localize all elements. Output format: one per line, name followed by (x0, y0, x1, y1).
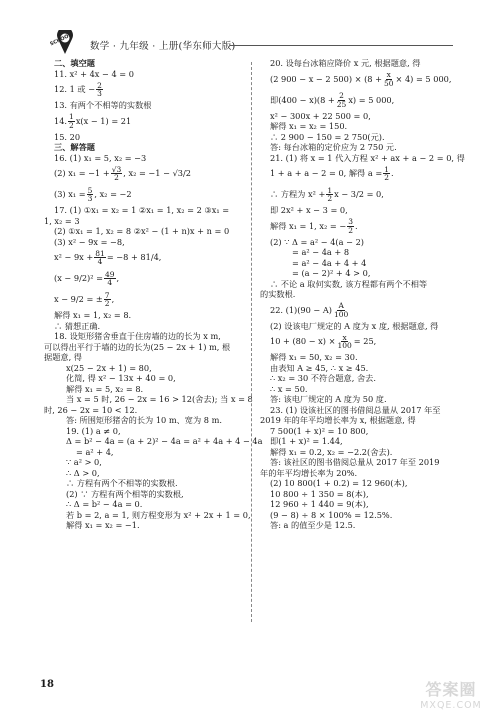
line-text-after: = 25, (354, 336, 376, 346)
line-text: ∴ x = 50. (270, 384, 308, 394)
answer-line: ∴ x = 50. (270, 384, 482, 395)
line-text: (2) x₁ = −1 + (54, 168, 110, 178)
answer-line: ∴ 2 900 − 150 = 2 750(元). (270, 132, 482, 143)
denominator: 2 (68, 122, 75, 130)
answer-line: 由表知 A ≥ 45, ∴ x ≥ 45. (270, 363, 482, 374)
line-text: 解得 x₁ = 0.2, x₂ = −2.2(舍去). (270, 447, 392, 457)
answer-line: 答: 该电厂规定的 A 度为 50 度. (270, 394, 482, 405)
line-text-after: . (391, 168, 394, 178)
line-text: 三、解答题 (54, 142, 95, 152)
fraction: 23 (96, 82, 103, 98)
line-text: 当 x = 5 时, 26 − 2x = 16 > 12(舍去); 当 x = … (66, 394, 253, 404)
answer-line: (3) x² − 9x = −8, (54, 237, 254, 248)
line-text: ∴ 方程有两个不相等的实数根. (66, 478, 178, 488)
line-text-after: x) = 5 000, (348, 95, 394, 105)
line-text: 的实数根. (260, 289, 295, 299)
line-text: (3) x₁ = (54, 189, 86, 199)
line-text: 解得 x₁ = 50, x₂ = 30. (270, 352, 358, 362)
answer-line: 化简, 得 x² − 13x + 40 = 0, (54, 373, 254, 384)
line-text-after: x − 3/2 = 0, (334, 189, 384, 199)
answer-line: 解得 x₁ = x₂ = 150. (270, 121, 482, 132)
denominator: 2 (383, 174, 390, 182)
fraction: √32 (111, 166, 123, 182)
answer-line: 12. 1 或 −23 (54, 79, 254, 100)
answer-line: 若 b = 2, a = 1, 则方程变形为 x² + 2x + 1 = 0, (54, 510, 254, 521)
line-text: = a² − 4a + 8 (292, 247, 349, 257)
answer-line: 年的年平均增长率为 20%. (260, 468, 482, 479)
line-text: = a² + 4, (76, 447, 114, 457)
answer-line: 14. 12x(x − 1) = 21 (54, 111, 254, 132)
denominator: 50 (383, 80, 395, 88)
denominator: 3 (87, 195, 94, 203)
line-text: 解得 x₁ = 5, x₂ = 8. (66, 384, 143, 394)
answer-line: (2 900 − x − 2 500) × (8 + x50 × 4) = 5 … (270, 69, 482, 90)
answer-line: 12 960 ÷ 1 440 = 9(本), (270, 499, 482, 510)
line-text-after: x(x − 1) = 21 (76, 116, 131, 126)
answer-line: (2) 10 800(1 + 0.2) = 12 960(本), (270, 478, 482, 489)
answer-line: x(25 − 2x + 1) = 80, (54, 363, 254, 374)
fraction: 32 (347, 218, 354, 234)
denominator: 4 (97, 258, 104, 266)
line-text-after: , (112, 294, 115, 304)
answer-line: 解得 x₁ = 1, x₂ = −32. (270, 216, 482, 237)
left-answer-column: 二、填空题11. x² + 4x − 4 = 012. 1 或 −2313. 有… (54, 58, 254, 531)
denominator: 4 (106, 279, 113, 287)
line-text: (3) x² − 9x = −8, (54, 237, 125, 247)
line-text: ∴ 猜想正确. (54, 321, 100, 331)
line-text: 解得 x₁ = x₂ = −1. (66, 520, 140, 530)
line-text: 22. (1)(90 − A) (270, 305, 332, 315)
right-answer-column: 20. 设每台冰箱应降价 x 元, 根据题意, 得(2 900 − x − 2 … (270, 58, 482, 531)
answer-line: 即(400 − x)(8 + 225x) = 5 000, (270, 90, 482, 111)
line-text: ∴ 不论 a 取何实数, 该方程都有两个不相等 (270, 279, 427, 289)
line-text: ∴ 方程为 x² + (270, 189, 325, 199)
section-heading: 二、填空题 (54, 58, 254, 69)
answer-line: = a² − 4a + 4 + 4 (270, 258, 482, 269)
denominator: 3 (96, 90, 103, 98)
answer-line: 的实数根. (260, 289, 482, 300)
fraction: 814 (94, 250, 106, 266)
answer-line: 即(1 + x)² = 1.44, (270, 436, 482, 447)
denominator: 100 (333, 311, 349, 319)
line-text: 1, x₂ = 3 (44, 216, 80, 226)
line-text: 20. 设每台冰箱应降价 x 元, 根据题意, 得 (270, 58, 420, 68)
answer-line: (2) ①x₁ = 1, x₂ = 8 ②x² − (1 + n)x + n =… (54, 226, 254, 237)
book-title: 数学 · 九年级 · 上册(华东师大版) (90, 38, 236, 52)
answer-line: 1 + a + a − 2 = 0, 解得 a = 12. (270, 163, 482, 184)
line-text: 解得 x₁ = x₂ = 150. (270, 121, 347, 131)
line-text: ∵ a² > 0, (66, 457, 102, 467)
denominator: 2 (347, 227, 354, 235)
line-text: (2 900 − x − 2 500) × (8 + (270, 74, 382, 84)
answer-line: (2) ∵ 方程有两个相等的实数根, (54, 489, 254, 500)
line-text: 21. (1) 将 x = 1 代入方程 x² + ax + a − 2 = 0… (270, 153, 465, 163)
answer-line: 22. (1)(90 − A)A100 (270, 300, 482, 321)
answer-line: 13. 有两个不相等的实数根 (54, 100, 254, 111)
line-text: 时, 26 − 2x = 10 < 12. (44, 405, 137, 415)
line-text-after: , x₂ = −2 (94, 189, 131, 199)
answer-line: x² − 300x + 22 500 = 0, (270, 111, 482, 122)
line-text-after: , x₂ = −1 − √3/2 (123, 168, 191, 178)
line-text: 2019 年的年平均增长率为 x, 根据题意, 得 (260, 415, 416, 425)
denominator: 100 (336, 342, 352, 350)
line-text: 7 500(1 + x)² = 10 800, (270, 426, 368, 436)
answer-line: 2019 年的年平均增长率为 x, 根据题意, 得 (260, 415, 482, 426)
page-number: 18 (40, 679, 54, 690)
line-text: 11. x² + 4x − 4 = 0 (54, 69, 134, 79)
line-text: 14. (54, 116, 67, 126)
line-text: 1 + a + a − 2 = 0, 解得 a = (270, 168, 382, 178)
line-text: (x − 9/2)² = (54, 273, 103, 283)
line-text: ∴ Δ > 0, (66, 468, 100, 478)
line-text: 化简, 得 x² − 13x + 40 = 0, (66, 373, 176, 383)
answer-line: 16. (1) x₁ = 5, x₂ = −3 (54, 153, 254, 164)
line-text: ∴ 2 900 − 150 = 2 750(元). (270, 132, 385, 142)
answer-line: 10 + (80 − x) × x100 = 25, (270, 331, 482, 352)
fraction: 72 (104, 292, 111, 308)
answer-line: ∴ 猜想正确. (54, 321, 254, 332)
line-text-after: = −8 + 81/4, (107, 252, 162, 262)
line-text: 据题意, 得 (44, 352, 82, 362)
answer-line: x² − 9x + 814 = −8 + 81/4, (54, 247, 254, 268)
line-text: x − 9/2 = ± (54, 294, 103, 304)
answer-line: 答: 每台冰箱的定价应为 2 750 元. (270, 142, 482, 153)
answer-line: 17. (1) ①x₁ = x₂ = 1 ②x₁ = 1, x₂ = 2 ③x₁… (54, 205, 254, 216)
answer-line: 解得 x₁ = x₂ = −1. (54, 520, 254, 531)
line-text: = (a − 2)² + 4 > 0, (292, 268, 370, 278)
answer-line: ∴ 方程为 x² + 12x − 3/2 = 0, (270, 184, 482, 205)
answer-line: 11. x² + 4x − 4 = 0 (54, 69, 254, 80)
line-text: 可以得出平行于墙的边的长为(25 − 2x + 1) m, 根 (44, 342, 230, 352)
line-text: = a² − 4a + 4 + 4 (292, 258, 366, 268)
answer-line: (2) ∵ Δ = a² − 4(a − 2) (270, 237, 482, 248)
answer-line: 解得 x₁ = 5, x₂ = 8. (54, 384, 254, 395)
line-text: 17. (1) ①x₁ = x₂ = 1 ②x₁ = 1, x₂ = 2 ③x₁… (54, 205, 229, 215)
answer-line: 答: 该社区的图书借阅总量从 2017 年至 2019 (270, 457, 482, 468)
line-text: (9 − 8) ÷ 8 × 100% = 12.5%. (270, 510, 392, 520)
line-text: (2) ∵ Δ = a² − 4(a − 2) (270, 237, 364, 247)
answer-line: 19. (1) a ≠ 0, (54, 426, 254, 437)
answer-line: (2) 设该电厂规定的 A 度为 x 度, 根据题意, 得 (270, 321, 482, 332)
answer-line: ∴ Δ = b² − 4a = 0. (54, 499, 254, 510)
denominator: 2 (113, 174, 120, 182)
answer-line: 可以得出平行于墙的边的长为(25 − 2x + 1) m, 根 (44, 342, 254, 353)
line-text: 即(400 − x)(8 + (270, 95, 335, 105)
answer-line: 20. 设每台冰箱应降价 x 元, 根据题意, 得 (270, 58, 482, 69)
line-text: 答: a 的值至少是 12.5. (270, 520, 355, 530)
line-text-after: . (355, 221, 358, 231)
line-text-after: × 4) = 5 000, (396, 74, 452, 84)
answer-line: 解得 x₁ = 50, x₂ = 30. (270, 352, 482, 363)
line-text: 10 800 ÷ 1 350 = 8(本), (270, 489, 369, 499)
line-text: 年的年平均增长率为 20%. (260, 468, 357, 478)
watermark-url: MXQE.COM (408, 700, 494, 712)
answer-line: = a² + 4, (54, 447, 254, 458)
line-text: 由表知 A ≥ 45, ∴ x ≥ 45. (270, 363, 368, 373)
line-text-after: , (117, 273, 120, 283)
answer-line: ∴ 方程有两个不相等的实数根. (54, 478, 254, 489)
line-text: ∴ x₂ = 30 不符合题意, 舍去. (270, 373, 376, 383)
line-text: (2) ①x₁ = 1, x₂ = 8 ②x² − (1 + n)x + n =… (54, 226, 229, 236)
answer-line: 23. (1) 设该社区的图书借阅总量从 2017 年至 (270, 405, 482, 416)
section-heading: 三、解答题 (54, 142, 254, 153)
answer-line: (x − 9/2)² = 494, (54, 268, 254, 289)
answer-line: 答: a 的值至少是 12.5. (270, 520, 482, 531)
fraction: 12 (326, 187, 333, 203)
line-text: 答: 每台冰箱的定价应为 2 750 元. (270, 142, 397, 152)
answer-line: x − 9/2 = ± 72, (54, 289, 254, 310)
answer-line: (9 − 8) ÷ 8 × 100% = 12.5%. (270, 510, 482, 521)
line-text: (2) 10 800(1 + 0.2) = 12 960(本), (270, 478, 407, 488)
page-header: SCHOOL 数学 · 九年级 · 上册(华东师大版) (48, 30, 448, 56)
fraction: 494 (104, 271, 116, 287)
answer-line: Δ = b² − 4a = (a + 2)² − 4a = a² + 4a + … (54, 436, 254, 447)
line-text: 即(1 + x)² = 1.44, (270, 436, 343, 446)
line-text: 12 960 ÷ 1 440 = 9(本), (270, 499, 369, 509)
line-text: 答: 所围矩形猪舍的长为 10 m、宽为 8 m. (66, 415, 222, 425)
line-text: x² − 9x + (54, 252, 93, 262)
denominator: 25 (336, 101, 348, 109)
line-text: 18. 设矩形猪舍垂直于住房墙的边的长为 x m, (54, 331, 221, 341)
line-text: x² − 300x + 22 500 = 0, (270, 111, 371, 121)
answer-line: 时, 26 − 2x = 10 < 12. (44, 405, 254, 416)
answer-line: 1, x₂ = 3 (44, 216, 254, 227)
answer-line: 21. (1) 将 x = 1 代入方程 x² + ax + a − 2 = 0… (270, 153, 482, 164)
answer-line: (3) x₁ = 53, x₂ = −2 (54, 184, 254, 205)
line-text: (2) ∵ 方程有两个相等的实数根, (66, 489, 184, 499)
watermark: 答案圈 MXQE.COM (408, 680, 494, 720)
answer-line: 18. 设矩形猪舍垂直于住房墙的边的长为 x m, (54, 331, 254, 342)
denominator: 2 (326, 195, 333, 203)
fraction: 53 (87, 187, 94, 203)
answer-line: 解得 x₁ = 0.2, x₂ = −2.2(舍去). (270, 447, 482, 458)
line-text: 13. 有两个不相等的实数根 (54, 100, 152, 110)
answer-line: 即 2x² + x − 3 = 0, (270, 205, 482, 216)
line-text: 二、填空题 (54, 58, 95, 68)
line-text: x(25 − 2x + 1) = 80, (66, 363, 152, 373)
line-text: 15. 20 (54, 132, 80, 142)
answer-line: 15. 20 (54, 132, 254, 143)
line-text: Δ = b² − 4a = (a + 2)² − 4a = a² + 4a + … (66, 436, 263, 446)
line-text: 解得 x₁ = 1, x₂ = − (270, 221, 346, 231)
fraction: 12 (383, 166, 390, 182)
line-text: 16. (1) x₁ = 5, x₂ = −3 (54, 153, 146, 163)
fraction: A100 (333, 302, 349, 318)
answer-line: (2) x₁ = −1 + √32, x₂ = −1 − √3/2 (54, 163, 254, 184)
line-text: (2) 设该电厂规定的 A 度为 x 度, 根据题意, 得 (270, 321, 438, 331)
school-logo-icon: SCHOOL (48, 30, 82, 56)
fraction: 12 (68, 113, 75, 129)
answer-line: = a² − 4a + 8 (270, 247, 482, 258)
line-text: 答: 该电厂规定的 A 度为 50 度. (270, 394, 387, 404)
answer-line: 答: 所围矩形猪舍的长为 10 m、宽为 8 m. (54, 415, 254, 426)
line-text: 19. (1) a ≠ 0, (66, 426, 121, 436)
answer-line: 7 500(1 + x)² = 10 800, (270, 426, 482, 437)
fraction: 225 (336, 92, 348, 108)
line-text: ∴ Δ = b² − 4a = 0. (66, 499, 142, 509)
line-text: 答: 该社区的图书借阅总量从 2017 年至 2019 (270, 457, 439, 467)
answer-line: 据题意, 得 (44, 352, 254, 363)
header-rule (230, 45, 453, 46)
answer-line: ∴ Δ > 0, (54, 468, 254, 479)
line-text: 23. (1) 设该社区的图书借阅总量从 2017 年至 (270, 405, 441, 415)
line-text: 12. 1 或 − (54, 84, 95, 94)
answer-line: ∴ 不论 a 取何实数, 该方程都有两个不相等 (270, 279, 482, 290)
watermark-logo-text: 答案圈 (408, 680, 494, 700)
column-divider (251, 62, 252, 622)
answer-line: ∵ a² > 0, (54, 457, 254, 468)
answer-line: 当 x = 5 时, 26 − 2x = 16 > 12(舍去); 当 x = … (54, 394, 254, 405)
answer-line: ∴ x₂ = 30 不符合题意, 舍去. (270, 373, 482, 384)
line-text: 10 + (80 − x) × (270, 336, 335, 346)
answer-line: 10 800 ÷ 1 350 = 8(本), (270, 489, 482, 500)
answer-line: 解得 x₁ = 1, x₂ = 8. (54, 310, 254, 321)
line-text: 若 b = 2, a = 1, 则方程变形为 x² + 2x + 1 = 0, (66, 510, 251, 520)
fraction: x50 (383, 71, 395, 87)
line-text: 即 2x² + x − 3 = 0, (270, 205, 348, 215)
fraction: x100 (336, 334, 352, 350)
answer-line: = (a − 2)² + 4 > 0, (270, 268, 482, 279)
denominator: 2 (104, 300, 111, 308)
line-text: 解得 x₁ = 1, x₂ = 8. (54, 310, 131, 320)
